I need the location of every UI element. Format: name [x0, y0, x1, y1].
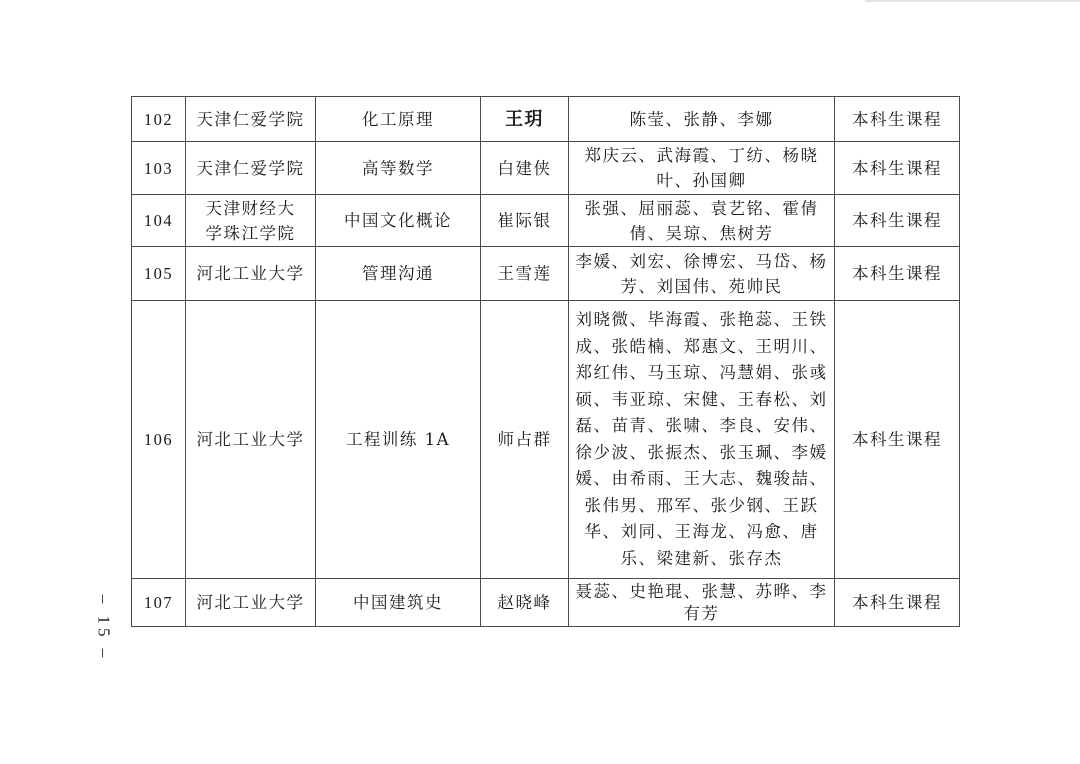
- table-row: 105 河北工业大学 管理沟通 王雪莲 李媛、刘宏、徐博宏、马岱、杨芳、刘国伟、…: [132, 247, 960, 301]
- page-top-edge: [865, 0, 1080, 2]
- course-name: 化工原理: [316, 97, 481, 142]
- row-number: 106: [132, 301, 186, 579]
- school-name: 天津仁爱学院: [186, 142, 316, 195]
- school-name: 天津财经大学珠江学院: [186, 195, 316, 247]
- team-members: 刘晓微、毕海霞、张艳蕊、王铁成、张皓楠、郑惠文、王明川、郑红伟、马玉琼、冯慧娟、…: [569, 301, 835, 579]
- course-leader: 师占群: [481, 301, 569, 579]
- row-number: 107: [132, 579, 186, 627]
- course-name: 工程训练 1A: [316, 301, 481, 579]
- course-name: 管理沟通: [316, 247, 481, 301]
- team-members: 张强、屈丽蕊、袁艺铭、霍倩倩、吴琼、焦树芳: [569, 195, 835, 247]
- table-row: 106 河北工业大学 工程训练 1A 师占群 刘晓微、毕海霞、张艳蕊、王铁成、张…: [132, 301, 960, 579]
- team-members: 郑庆云、武海霞、丁纺、杨晓叶、孙国卿: [569, 142, 835, 195]
- course-leader: 王玥: [481, 97, 569, 142]
- course-leader: 王雪莲: [481, 247, 569, 301]
- table-row: 103 天津仁爱学院 高等数学 白建侠 郑庆云、武海霞、丁纺、杨晓叶、孙国卿 本…: [132, 142, 960, 195]
- course-name: 中国建筑史: [316, 579, 481, 627]
- row-number: 104: [132, 195, 186, 247]
- course-leader: 白建侠: [481, 142, 569, 195]
- school-name: 天津仁爱学院: [186, 97, 316, 142]
- table-row: 104 天津财经大学珠江学院 中国文化概论 崔际银 张强、屈丽蕊、袁艺铭、霍倩倩…: [132, 195, 960, 247]
- row-number: 105: [132, 247, 186, 301]
- course-team-table: 102 天津仁爱学院 化工原理 王玥 陈莹、张静、李娜 本科生课程 103 天津…: [131, 96, 960, 627]
- course-name: 中国文化概论: [316, 195, 481, 247]
- course-category: 本科生课程: [835, 195, 960, 247]
- course-category: 本科生课程: [835, 142, 960, 195]
- school-name: 河北工业大学: [186, 579, 316, 627]
- school-name: 河北工业大学: [186, 301, 316, 579]
- team-members: 陈莹、张静、李娜: [569, 97, 835, 142]
- course-category: 本科生课程: [835, 579, 960, 627]
- page-number: – 15 –: [88, 598, 118, 658]
- course-category: 本科生课程: [835, 97, 960, 142]
- team-members: 李媛、刘宏、徐博宏、马岱、杨芳、刘国伟、苑帅民: [569, 247, 835, 301]
- page-number-label: – 15 –: [93, 595, 113, 662]
- course-category: 本科生课程: [835, 301, 960, 579]
- row-number: 103: [132, 142, 186, 195]
- row-number: 102: [132, 97, 186, 142]
- table-row: 107 河北工业大学 中国建筑史 赵晓峰 聂蕊、史艳琨、张慧、苏晔、李有芳 本科…: [132, 579, 960, 627]
- course-name: 高等数学: [316, 142, 481, 195]
- team-members: 聂蕊、史艳琨、张慧、苏晔、李有芳: [569, 579, 835, 627]
- school-name: 河北工业大学: [186, 247, 316, 301]
- course-leader: 赵晓峰: [481, 579, 569, 627]
- table-row: 102 天津仁爱学院 化工原理 王玥 陈莹、张静、李娜 本科生课程: [132, 97, 960, 142]
- course-leader: 崔际银: [481, 195, 569, 247]
- course-category: 本科生课程: [835, 247, 960, 301]
